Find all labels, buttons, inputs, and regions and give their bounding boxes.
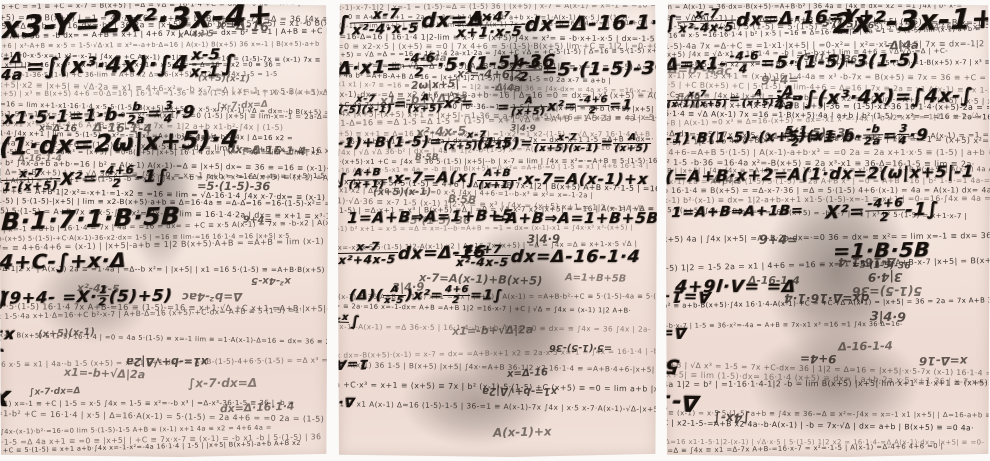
ink-smudge [402,357,552,447]
panel-left: -b +C = =1 ≡ +C = x-7 = B(x+5) | =Δ = √Δ… [0,3,328,457]
ink-smudge [453,221,583,401]
panel-center: (x-1)-x-7-1|2 | x=-1 = (1-5)·=Δ = (1-5) … [338,3,657,457]
ink-smudge [125,103,195,273]
ink-smudge [763,176,913,366]
ink-smudge [472,21,572,141]
panel-right: lim = A(x-1) = 36·dx=·B(x+5)·=A+B·b² | 3… [666,3,990,457]
smudge-layer [0,3,328,457]
smudge-layer [666,3,990,457]
smudge-layer [338,3,657,457]
artwork-canvas: -b +C = =1 ≡ +C = x-7 = B(x+5) | =Δ = √Δ… [0,0,990,461]
ink-smudge [750,330,920,440]
ink-smudge [33,253,153,343]
